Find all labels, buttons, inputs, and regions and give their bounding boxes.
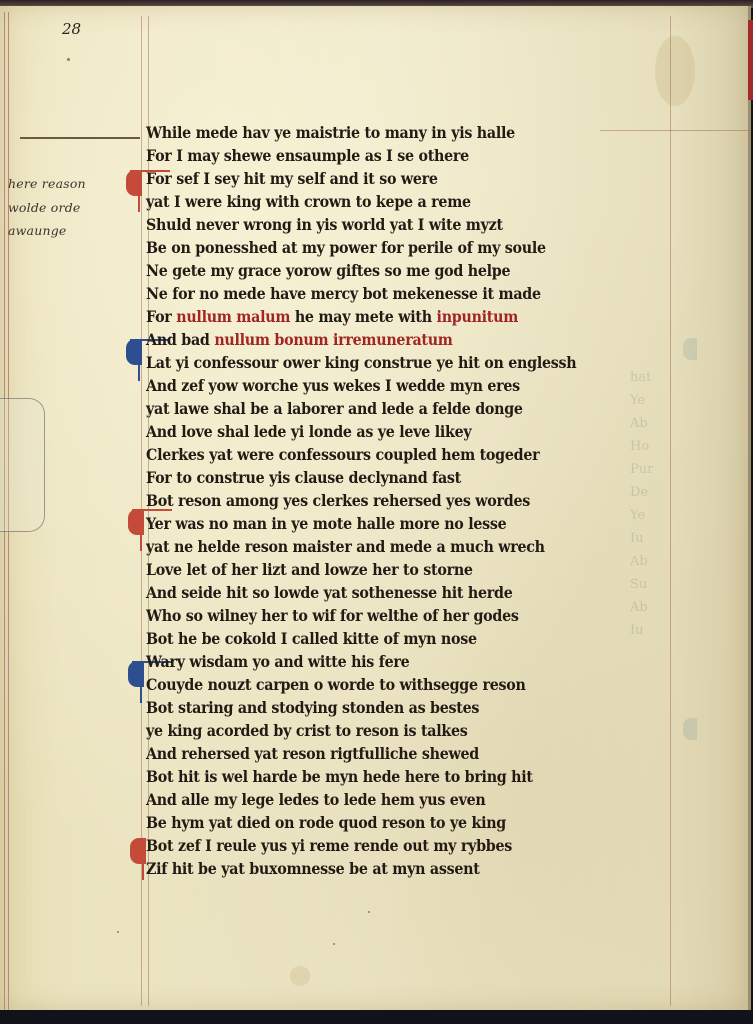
manuscript-page: 28 here reason wolde orde awaunge hatYeA… [0, 6, 751, 1012]
stain [655, 36, 695, 106]
margin-note: awaunge [8, 223, 128, 238]
text-line: Who so wilney her to wif for welthe of h… [146, 606, 519, 629]
binding-edge [748, 20, 753, 100]
margin-note: here reason [8, 176, 128, 191]
ink-spot [333, 943, 335, 945]
text-line-with-rubric: For nullum malum he may mete with inpuni… [146, 307, 518, 330]
text-line: And rehersed yat reson rigtfulliche shew… [146, 744, 479, 767]
text-line: Bot he be cokold I called kitte of myn n… [146, 629, 477, 652]
show-through-paraph [683, 718, 697, 740]
red-paraph-mark [126, 170, 142, 196]
red-paraph-mark [128, 509, 144, 535]
text-line: yat lawe shal be a laborer and lede a fe… [146, 399, 523, 422]
text-line: And love shal lede yi londe as ye leve l… [146, 422, 471, 445]
rubric-latin: nullum bonum irremuneratum [214, 330, 452, 349]
text-line: While mede hav ye maistrie to many in yi… [146, 123, 515, 146]
text-line: Love let of her lizt and lowze her to st… [146, 560, 473, 583]
text-line: Wary wisdam yo and witte his fere [146, 652, 409, 675]
show-through-paraph [683, 338, 697, 360]
margin-pen-line [20, 137, 140, 139]
text-line-with-rubric: And bad nullum bonum irremuneratum [146, 330, 453, 353]
text-segment: For [146, 307, 172, 326]
text-segment: And bad [146, 330, 210, 349]
text-line: Couyde nouzt carpen o worde to withsegge… [146, 675, 526, 698]
text-line: And alle my lege ledes to lede hem yus e… [146, 790, 485, 813]
ink-spot [368, 911, 370, 913]
rubric-latin: inpunitum [437, 307, 518, 326]
text-line: Bot reson among yes clerkes rehersed yes… [146, 491, 530, 514]
text-line: And seide hit so lowde yat sothenesse hi… [146, 583, 512, 606]
text-line: And zef yow worche yus wekes I wedde myn… [146, 376, 520, 399]
text-line: Bot hit is wel harde be myn hede here to… [146, 767, 533, 790]
show-through-text: hatYeAbHoPurDeYeIuAbSuAbIu [630, 366, 653, 642]
text-line: For to construe yis clause declynand fas… [146, 468, 461, 491]
text-line: Lat yi confessour ower king construe ye … [146, 353, 576, 376]
text-line: Be hym yat died on rode quod reson to ye… [146, 813, 506, 836]
text-line: Be on ponesshed at my power for perile o… [146, 238, 546, 261]
text-segment: he may mete with [295, 307, 432, 326]
text-line: Bot zef I reule yus yi reme rende out my… [146, 836, 512, 859]
blue-paraph-mark [128, 661, 144, 687]
text-line: Zif hit be yat buxomnesse be at myn asse… [146, 859, 480, 882]
folio-number: 28 [62, 20, 81, 38]
text-line: Bot staring and stodying stonden as best… [146, 698, 479, 721]
plastic-page-clip [0, 398, 45, 532]
text-line: Shuld never wrong in yis world yat I wit… [146, 215, 503, 238]
margin-note: wolde orde [8, 200, 128, 215]
text-line: Yer was no man in ye mote halle more no … [146, 514, 506, 537]
text-line: yat I were king with crown to kepe a rem… [146, 192, 471, 215]
rubric-latin: nullum malum [176, 307, 290, 326]
text-line: Ne for no mede have mercy bot mekenesse … [146, 284, 541, 307]
page-bottom-edge [0, 1010, 753, 1024]
stain [290, 966, 310, 986]
text-line: For I may shewe ensaumple as I se othere [146, 146, 469, 169]
ruling-line [600, 130, 750, 131]
red-paraph-mark [130, 838, 146, 864]
text-line: For sef I sey hit my self and it so were [146, 169, 438, 192]
blue-paraph-mark [126, 339, 142, 365]
text-line: ye king acorded by crist to reson is tal… [146, 721, 468, 744]
ink-spot [67, 58, 70, 61]
text-line: yat ne helde reson maister and mede a mu… [146, 537, 545, 560]
ink-spot [117, 931, 119, 933]
text-line: Clerkes yat were confessours coupled hem… [146, 445, 539, 468]
text-line: Ne gete my grace yorow giftes so me god … [146, 261, 510, 284]
text-frame-rule-right [670, 16, 671, 1006]
